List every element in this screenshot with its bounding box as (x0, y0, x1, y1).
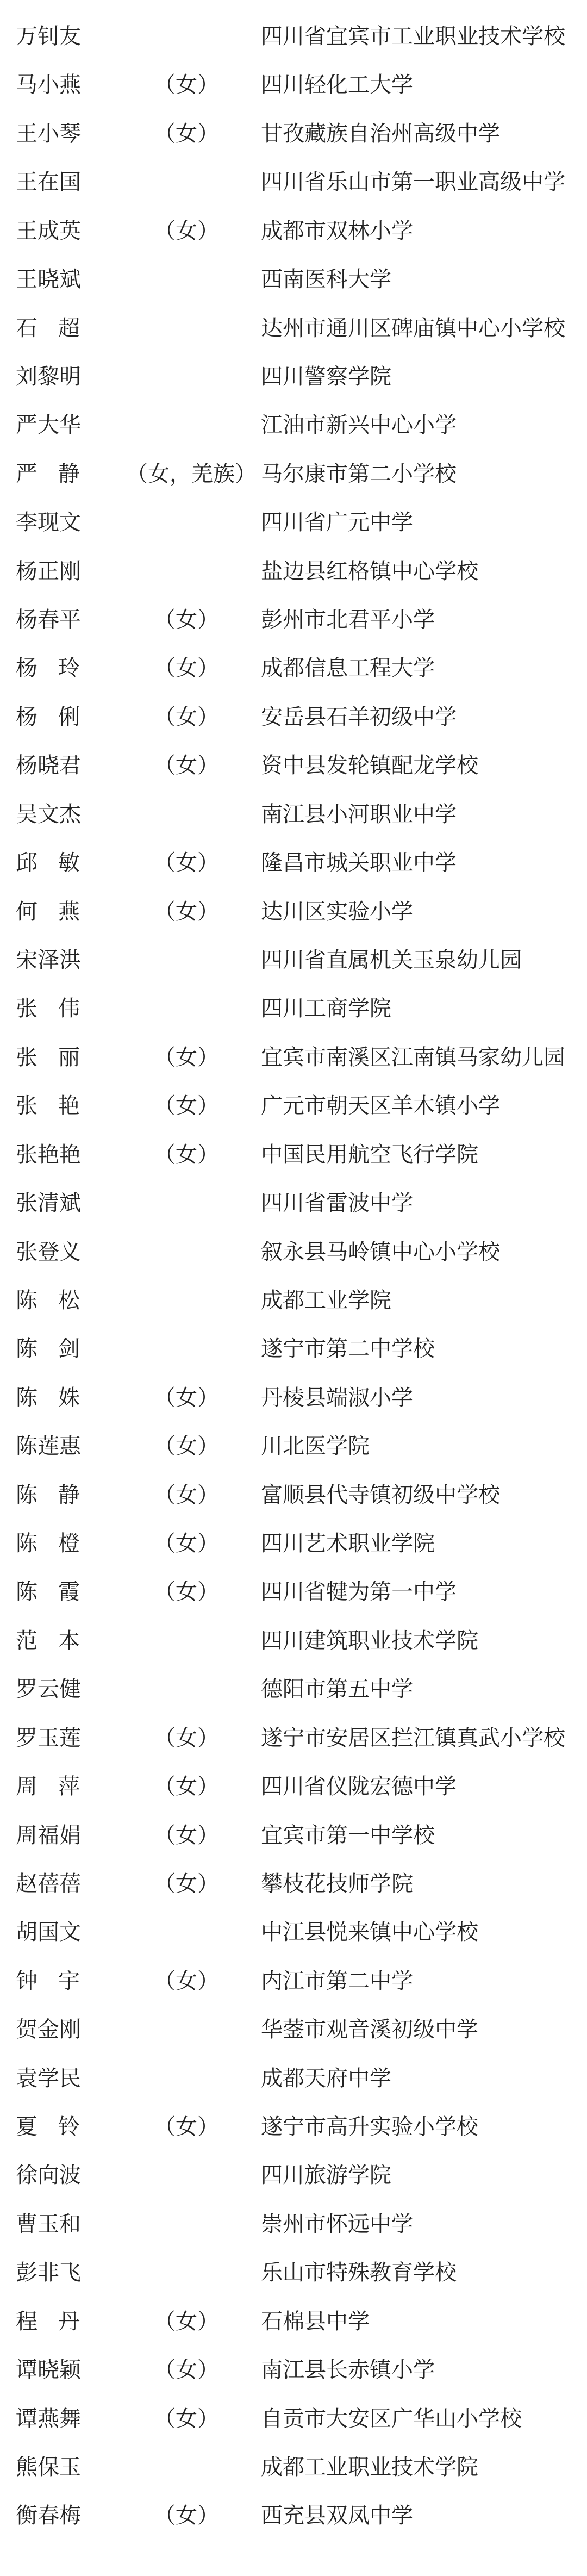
person-name-char: 洪 (59, 948, 81, 972)
institution-name: 四川省宜宾市工业职业技术学校 (261, 24, 565, 48)
institution-name: 甘孜藏族自治州高级中学 (261, 122, 500, 146)
gender-note: （女） (154, 754, 219, 777)
roster-row: 徐向波四川旅游学院 (0, 2163, 587, 2187)
person-name-char: 程 (16, 2310, 38, 2334)
person-name-char: 陈 (16, 1337, 38, 1361)
roster-row: 严静（女，羌族）马尔康市第二小学校 (0, 462, 587, 486)
person-name-char: 霞 (58, 1580, 80, 1604)
roster-row: 杨正刚盐边县红格镇中心学校 (0, 559, 587, 583)
person-name-char: 王 (16, 219, 38, 243)
person-name-char: 伟 (58, 997, 80, 1021)
institution-name: 乐山市特殊教育学校 (261, 2261, 457, 2285)
person-name-char: 陈 (16, 1434, 38, 1458)
person-name-char: 王 (16, 267, 38, 291)
gender-note: （女） (154, 219, 219, 243)
person-name-char: 张 (16, 997, 38, 1021)
institution-name: 达州市通川区碑庙镇中心小学校 (261, 316, 565, 340)
roster-document-page: 万钊友四川省宜宾市工业职业技术学校马小燕（女）四川轻化工大学王小琴（女）甘孜藏族… (0, 0, 587, 2576)
gender-note: （女） (154, 2407, 219, 2431)
person-name-char: 超 (58, 316, 80, 340)
gender-note: （女） (154, 1434, 219, 1458)
roster-row: 吴文杰南江县小河职业中学 (0, 802, 587, 826)
gender-note: （女） (154, 900, 219, 924)
person-name: 杨玲 (16, 656, 80, 680)
person-name-char: 丹 (58, 2310, 80, 2334)
person-name-char: 国 (59, 170, 81, 194)
person-name-char: 吴 (16, 802, 38, 826)
roster-row: 陈橙（女）四川艺术职业学院 (0, 1532, 587, 1555)
roster-row: 杨俐（女）安岳县石羊初级中学 (0, 705, 587, 729)
person-name-char: 梅 (59, 2504, 81, 2528)
person-name: 陈莲惠 (16, 1434, 80, 1458)
person-name-char: 春 (38, 2504, 59, 2528)
gender-note: （女） (154, 608, 219, 632)
person-name: 陈霞 (16, 1580, 80, 1604)
roster-row: 曹玉和崇州市怀远中学 (0, 2212, 587, 2236)
person-name-char: 晓 (38, 2358, 59, 2382)
person-name: 张艳艳 (16, 1143, 80, 1167)
institution-name: 自贡市大安区广华山小学校 (261, 2407, 522, 2431)
person-name-char: 现 (38, 511, 59, 534)
institution-name: 成都工业学院 (261, 1289, 391, 1312)
gender-note: （女） (154, 705, 219, 729)
roster-row: 李现文四川省广元中学 (0, 511, 587, 534)
institution-name: 中国民用航空飞行学院 (261, 1143, 478, 1167)
roster-row: 陈莲惠（女）川北医学院 (0, 1434, 587, 1458)
person-name: 王成英 (16, 219, 80, 243)
person-name: 杨俐 (16, 705, 80, 729)
person-name: 陈橙 (16, 1532, 80, 1555)
roster-row: 杨玲（女）成都信息工程大学 (0, 656, 587, 680)
roster-row: 陈静（女）富顺县代寺镇初级中学校 (0, 1483, 587, 1507)
person-name-char: 本 (58, 1629, 80, 1653)
institution-name: 广元市朝天区羊木镇小学 (261, 1094, 500, 1118)
person-name: 宋泽洪 (16, 948, 80, 972)
person-name: 何燕 (16, 900, 80, 924)
person-name-char: 陈 (16, 1580, 38, 1604)
institution-name: 成都市双林小学 (261, 219, 413, 243)
gender-note: （女） (154, 1483, 219, 1507)
person-name-char: 向 (38, 2163, 59, 2187)
roster-row: 谭晓颖（女）南江县长赤镇小学 (0, 2358, 587, 2382)
gender-note: （女） (154, 1726, 219, 1750)
roster-row: 周福娟（女）宜宾市第一中学校 (0, 1824, 587, 1847)
institution-name: 宜宾市南溪区江南镇马家幼儿园 (261, 1046, 565, 1069)
institution-name: 遂宁市第二中学校 (261, 1337, 435, 1361)
person-name-char: 飞 (59, 2261, 81, 2285)
person-name-char: 刚 (59, 559, 81, 583)
person-name: 王小琴 (16, 122, 80, 146)
gender-note: （女） (154, 1824, 219, 1847)
person-name-char: 福 (38, 1824, 59, 1847)
person-name-char: 张 (16, 1094, 38, 1118)
person-name: 万钊友 (16, 24, 80, 48)
roster-row: 邱敏（女）隆昌市城关职业中学 (0, 851, 587, 875)
person-name: 杨春平 (16, 608, 80, 632)
person-name-char: 曹 (16, 2212, 38, 2236)
institution-name: 四川省广元中学 (261, 511, 413, 534)
person-name-char: 彭 (16, 2261, 38, 2285)
institution-name: 四川旅游学院 (261, 2163, 391, 2187)
person-name-char: 王 (16, 122, 38, 146)
roster-row: 夏铃（女）遂宁市高升实验小学校 (0, 2115, 587, 2139)
person-name-char: 成 (38, 219, 59, 243)
person-name-char: 石 (16, 316, 38, 340)
person-name-char: 华 (59, 413, 81, 437)
person-name-char: 宇 (58, 1969, 80, 1993)
roster-row: 衡春梅（女）西充县双凤中学 (0, 2504, 587, 2528)
person-name-char: 君 (59, 754, 81, 777)
person-name-char: 夏 (16, 2115, 38, 2139)
person-name-char: 宋 (16, 948, 38, 972)
person-name: 陈松 (16, 1289, 80, 1312)
roster-row: 宋泽洪四川省直属机关玉泉幼儿园 (0, 948, 587, 972)
institution-name: 南江县小河职业中学 (261, 802, 457, 826)
institution-name: 西南医科大学 (261, 267, 391, 291)
person-name-char: 云 (38, 1677, 59, 1701)
person-name: 严大华 (16, 413, 80, 437)
person-name-char: 健 (59, 1677, 81, 1701)
person-name-char: 杨 (16, 705, 38, 729)
person-name-char: 斌 (59, 1191, 81, 1215)
institution-name: 成都天府中学 (261, 2067, 391, 2090)
person-name-char: 小 (38, 122, 59, 146)
person-name-char: 大 (38, 413, 59, 437)
gender-note: （女） (154, 1094, 219, 1118)
person-name-char: 熊 (16, 2455, 38, 2479)
institution-name: 资中县发轮镇配龙学校 (261, 754, 478, 777)
institution-name: 四川省雷波中学 (261, 1191, 413, 1215)
person-name-char: 玲 (58, 656, 80, 680)
person-name-char: 静 (58, 1483, 80, 1507)
person-name: 周萍 (16, 1775, 80, 1799)
person-name: 严静 (16, 462, 80, 486)
person-name-char: 斌 (59, 267, 81, 291)
roster-row: 马小燕（女）四川轻化工大学 (0, 73, 587, 97)
person-name-char: 晓 (38, 754, 59, 777)
institution-name: 石棉县中学 (261, 2310, 370, 2334)
person-name-char: 文 (38, 802, 59, 826)
person-name: 张清斌 (16, 1191, 80, 1215)
person-name: 范本 (16, 1629, 80, 1653)
institution-name: 德阳市第五中学 (261, 1677, 413, 1701)
person-name: 熊保玉 (16, 2455, 80, 2479)
roster-row: 贺金刚华蓥市观音溪初级中学 (0, 2018, 587, 2042)
person-name: 王晓斌 (16, 267, 80, 291)
gender-note: （女） (154, 122, 219, 146)
person-name: 夏铃 (16, 2115, 80, 2139)
roster-row: 张清斌四川省雷波中学 (0, 1191, 587, 1215)
institution-name: 丹棱县端淑小学 (261, 1386, 413, 1410)
person-name-char: 赵 (16, 1872, 38, 1896)
person-name-char: 燕 (58, 900, 80, 924)
gender-note: （女） (154, 2504, 219, 2528)
institution-name: 宜宾市第一中学校 (261, 1824, 435, 1847)
person-name-char: 松 (58, 1289, 80, 1312)
person-name-char: 马 (16, 73, 38, 97)
person-name-char: 敏 (58, 851, 80, 875)
person-name-char: 玉 (59, 2455, 81, 2479)
person-name-char: 蓓 (59, 1872, 81, 1896)
person-name-char: 刘 (16, 365, 38, 389)
person-name-char: 贺 (16, 2018, 38, 2042)
roster-row: 罗玉莲（女）遂宁市安居区拦江镇真武小学校 (0, 1726, 587, 1750)
person-name: 谭晓颖 (16, 2358, 80, 2382)
roster-row: 万钊友四川省宜宾市工业职业技术学校 (0, 24, 587, 48)
person-name-char: 艳 (59, 1143, 81, 1167)
person-name-char: 李 (16, 511, 38, 534)
person-name-char: 金 (38, 2018, 59, 2042)
person-name-char: 胡 (16, 1920, 38, 1944)
institution-name: 四川建筑职业技术学院 (261, 1629, 478, 1653)
person-name: 杨晓君 (16, 754, 80, 777)
gender-note: （女） (154, 2310, 219, 2334)
person-name-char: 衡 (16, 2504, 38, 2528)
roster-row: 袁学民成都天府中学 (0, 2067, 587, 2090)
person-name-char: 平 (59, 608, 81, 632)
person-name-char: 波 (59, 2163, 81, 2187)
person-name-char: 英 (59, 219, 81, 243)
gender-note: （女） (154, 73, 219, 97)
person-name: 王在国 (16, 170, 80, 194)
person-name: 张艳 (16, 1094, 80, 1118)
roster-row: 杨春平（女）彭州市北君平小学 (0, 608, 587, 632)
person-name-char: 非 (38, 2261, 59, 2285)
person-name-char: 燕 (38, 2407, 59, 2431)
gender-note: （女） (154, 656, 219, 680)
roster-row: 胡国文中江县悦来镇中心学校 (0, 1920, 587, 1944)
person-name: 周福娟 (16, 1824, 80, 1847)
gender-note: （女） (154, 851, 219, 875)
person-name-char: 蓓 (38, 1872, 59, 1896)
gender-note: （女） (154, 1386, 219, 1410)
gender-note: （女） (154, 2115, 219, 2139)
person-name-char: 姝 (58, 1386, 80, 1410)
institution-name: 川北医学院 (261, 1434, 370, 1458)
institution-name: 富顺县代寺镇初级中学校 (261, 1483, 500, 1507)
gender-note: （女） (154, 1046, 219, 1069)
person-name: 吴文杰 (16, 802, 80, 826)
person-name-char: 严 (16, 413, 38, 437)
person-name: 杨正刚 (16, 559, 80, 583)
roster-row: 谭燕舞（女）自贡市大安区广华山小学校 (0, 2407, 587, 2431)
person-name-char: 谭 (16, 2358, 38, 2382)
roster-row: 张伟四川工商学院 (0, 997, 587, 1021)
institution-name: 江油市新兴中心小学 (261, 413, 457, 437)
institution-name: 华蓥市观音溪初级中学 (261, 2018, 478, 2042)
person-name-char: 剑 (58, 1337, 80, 1361)
person-name-char: 杨 (16, 608, 38, 632)
roster-row: 罗云健德阳市第五中学 (0, 1677, 587, 1701)
person-name-char: 范 (16, 1629, 38, 1653)
person-name-char: 在 (38, 170, 59, 194)
roster-row: 王在国四川省乐山市第一职业高级中学 (0, 170, 587, 194)
person-name-char: 陈 (16, 1483, 38, 1507)
person-name-char: 学 (38, 2067, 59, 2090)
roster-row: 陈姝（女）丹棱县端淑小学 (0, 1386, 587, 1410)
institution-name: 四川省犍为第一中学 (261, 1580, 457, 1604)
person-name: 罗云健 (16, 1677, 80, 1701)
roster-row: 张艳艳（女）中国民用航空飞行学院 (0, 1143, 587, 1167)
person-name-char: 杨 (16, 656, 38, 680)
person-name-char: 明 (59, 365, 81, 389)
institution-name: 四川轻化工大学 (261, 73, 413, 97)
person-name-char: 艳 (38, 1143, 59, 1167)
roster-row: 严大华江油市新兴中心小学 (0, 413, 587, 437)
person-name-char: 惠 (59, 1434, 81, 1458)
person-name: 钟宇 (16, 1969, 80, 1993)
roster-row: 张丽（女）宜宾市南溪区江南镇马家幼儿园 (0, 1046, 587, 1069)
person-name-char: 晓 (38, 267, 59, 291)
institution-name: 成都信息工程大学 (261, 656, 435, 680)
person-name-char: 周 (16, 1775, 38, 1799)
institution-name: 盐边县红格镇中心学校 (261, 559, 478, 583)
person-name-char: 陈 (16, 1532, 38, 1555)
institution-name: 遂宁市安居区拦江镇真武小学校 (261, 1726, 565, 1750)
person-name-char: 丽 (58, 1046, 80, 1069)
roster-row: 张登义叙永县马岭镇中心小学校 (0, 1240, 587, 1264)
institution-name: 内江市第二中学 (261, 1969, 413, 1993)
person-name-char: 玉 (38, 1726, 59, 1750)
institution-name: 四川省直属机关玉泉幼儿园 (261, 948, 522, 972)
person-name-char: 莲 (59, 1726, 81, 1750)
person-name: 罗玉莲 (16, 1726, 80, 1750)
institution-name: 四川省仪陇宏德中学 (261, 1775, 457, 1799)
roster-row: 熊保玉成都工业职业技术学院 (0, 2455, 587, 2479)
institution-name: 遂宁市高升实验小学校 (261, 2115, 478, 2139)
institution-name: 四川工商学院 (261, 997, 391, 1021)
person-name: 张伟 (16, 997, 80, 1021)
person-name: 程丹 (16, 2310, 80, 2334)
institution-name: 四川省乐山市第一职业高级中学 (261, 170, 565, 194)
person-name: 彭非飞 (16, 2261, 80, 2285)
person-name: 袁学民 (16, 2067, 80, 2090)
person-name-char: 莲 (38, 1434, 59, 1458)
person-name: 邱敏 (16, 851, 80, 875)
person-name-char: 万 (16, 24, 38, 48)
roster-row: 何燕（女）达川区实验小学 (0, 900, 587, 924)
person-name-char: 张 (16, 1046, 38, 1069)
person-name-char: 黎 (38, 365, 59, 389)
person-name: 张丽 (16, 1046, 80, 1069)
person-name-char: 张 (16, 1240, 38, 1264)
institution-name: 达川区实验小学 (261, 900, 413, 924)
roster-row: 王成英（女）成都市双林小学 (0, 219, 587, 243)
gender-note: （女） (154, 1969, 219, 1993)
person-name-char: 刚 (59, 2018, 81, 2042)
gender-note: （女） (154, 1532, 219, 1555)
person-name-char: 陈 (16, 1289, 38, 1312)
roster-row: 王小琴（女）甘孜藏族自治州高级中学 (0, 122, 587, 146)
person-name-char: 罗 (16, 1726, 38, 1750)
roster-row: 刘黎明四川警察学院 (0, 365, 587, 389)
person-name: 张登义 (16, 1240, 80, 1264)
person-name: 陈静 (16, 1483, 80, 1507)
person-name: 陈姝 (16, 1386, 80, 1410)
roster-row: 程丹（女）石棉县中学 (0, 2310, 587, 2334)
institution-name: 成都工业职业技术学院 (261, 2455, 478, 2479)
person-name: 衡春梅 (16, 2504, 80, 2528)
person-name: 刘黎明 (16, 365, 80, 389)
person-name-char: 周 (16, 1824, 38, 1847)
person-name-char: 何 (16, 900, 38, 924)
person-name: 贺金刚 (16, 2018, 80, 2042)
person-name-char: 张 (16, 1191, 38, 1215)
person-name-char: 谭 (16, 2407, 38, 2431)
person-name-char: 燕 (59, 73, 81, 97)
person-name: 赵蓓蓓 (16, 1872, 80, 1896)
person-name-char: 保 (38, 2455, 59, 2479)
person-name-char: 静 (58, 462, 80, 486)
institution-name: 西充县双凤中学 (261, 2504, 413, 2528)
person-name: 徐向波 (16, 2163, 80, 2187)
person-name-char: 义 (59, 1240, 81, 1264)
person-name: 石超 (16, 316, 80, 340)
gender-note: （女） (154, 1872, 219, 1896)
person-name: 李现文 (16, 511, 80, 534)
person-name-char: 春 (38, 608, 59, 632)
roster-row: 范本四川建筑职业技术学院 (0, 1629, 587, 1653)
institution-name: 四川艺术职业学院 (261, 1532, 435, 1555)
institution-name: 南江县长赤镇小学 (261, 2358, 435, 2382)
roster-row: 王晓斌西南医科大学 (0, 267, 587, 291)
person-name: 谭燕舞 (16, 2407, 80, 2431)
person-name-char: 萍 (58, 1775, 80, 1799)
person-name-char: 文 (59, 511, 81, 534)
gender-note: （女） (154, 1775, 219, 1799)
person-name-char: 正 (38, 559, 59, 583)
person-name-char: 俐 (58, 705, 80, 729)
person-name-char: 张 (16, 1143, 38, 1167)
person-name-char: 小 (38, 73, 59, 97)
person-name-char: 友 (59, 24, 81, 48)
roster-row: 钟宇（女）内江市第二中学 (0, 1969, 587, 1993)
person-name-char: 舞 (59, 2407, 81, 2431)
person-name-char: 杰 (59, 802, 81, 826)
institution-name: 彭州市北君平小学 (261, 608, 435, 632)
person-name: 胡国文 (16, 1920, 80, 1944)
person-name-char: 颖 (59, 2358, 81, 2382)
person-name-char: 清 (38, 1191, 59, 1215)
person-name-char: 罗 (16, 1677, 38, 1701)
person-name-char: 国 (38, 1920, 59, 1944)
person-name-char: 文 (59, 1920, 81, 1944)
roster-row: 陈松成都工业学院 (0, 1289, 587, 1312)
person-name-char: 橙 (58, 1532, 80, 1555)
gender-note: （女） (154, 2358, 219, 2382)
person-name: 马小燕 (16, 73, 80, 97)
gender-note: （女） (154, 1143, 219, 1167)
person-name-char: 杨 (16, 559, 38, 583)
person-name-char: 严 (16, 462, 38, 486)
institution-name: 攀枝花技师学院 (261, 1872, 413, 1896)
person-name-char: 铃 (58, 2115, 80, 2139)
institution-name: 马尔康市第二小学校 (261, 462, 457, 486)
person-name-char: 和 (59, 2212, 81, 2236)
person-name-char: 琴 (59, 122, 81, 146)
person-name-char: 陈 (16, 1386, 38, 1410)
person-name: 陈剑 (16, 1337, 80, 1361)
roster-row: 陈剑遂宁市第二中学校 (0, 1337, 587, 1361)
roster-row: 张艳（女）广元市朝天区羊木镇小学 (0, 1094, 587, 1118)
person-name-char: 袁 (16, 2067, 38, 2090)
person-name-char: 登 (38, 1240, 59, 1264)
person-name: 曹玉和 (16, 2212, 80, 2236)
person-name-char: 钊 (38, 24, 59, 48)
roster-row: 赵蓓蓓（女）攀枝花技师学院 (0, 1872, 587, 1896)
institution-name: 中江县悦来镇中心学校 (261, 1920, 478, 1944)
person-name-char: 娟 (59, 1824, 81, 1847)
